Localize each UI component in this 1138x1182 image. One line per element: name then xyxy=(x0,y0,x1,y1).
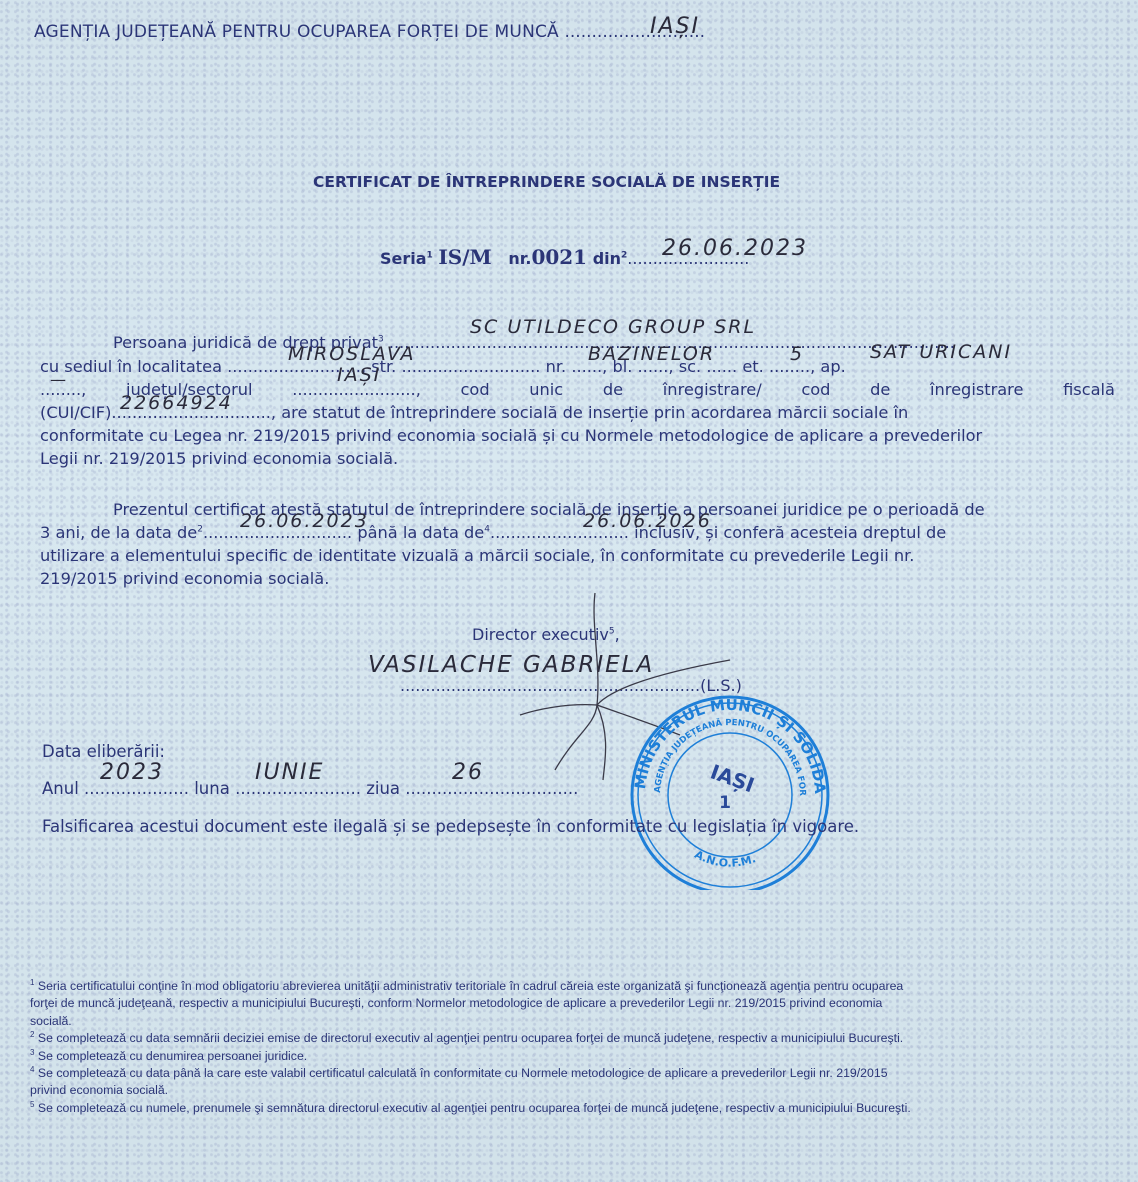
certificate-title: CERTIFICAT DE ÎNTREPRINDERE SOCIALĂ DE I… xyxy=(313,173,780,191)
street-value: BAZINELOR xyxy=(588,343,715,365)
footnote-text: Se completează cu data semnării deciziei… xyxy=(38,1031,903,1045)
agency-name: AGENȚIA JUDEȚEANĂ PENTRU OCUPAREA FORȚEI… xyxy=(34,22,559,42)
para2-line2: 3 ani, de la data de2...................… xyxy=(40,523,946,542)
start-date-label: 3 ani, de la data de xyxy=(40,523,197,542)
street-dots: ........................... xyxy=(401,357,540,376)
footnote-1-line: 1 Seria certificatului conţine în mod ob… xyxy=(30,979,903,993)
footnote-text: Se completează cu numele, prenumele şi s… xyxy=(38,1101,911,1115)
series-footnote-ref: 1 xyxy=(427,251,433,261)
issue-day-value: 26 xyxy=(452,760,484,785)
issue-date-value: 26.06.2023 xyxy=(662,236,808,261)
end-date-label: până la data de xyxy=(357,523,484,542)
footnote-text: socială. xyxy=(30,1014,72,1028)
apartment-dash-value: — xyxy=(50,370,68,389)
number-field-label: nr. xyxy=(546,357,567,376)
footnote-text: Se completează cu data până la care este… xyxy=(38,1066,888,1080)
cui-value: 22664924 xyxy=(120,392,233,414)
para1-line6: Legii nr. 219/2015 privind economia soci… xyxy=(40,449,398,468)
svg-text:A.N.O.F.M.: A.N.O.F.M. xyxy=(692,848,757,870)
para1-line5: conformitate cu Legea nr. 219/2015 privi… xyxy=(40,426,982,445)
issue-year-value: 2023 xyxy=(100,760,164,785)
footnote-1-line: forţei de muncă judeţeană, respectiv a m… xyxy=(30,996,882,1010)
official-stamp: MINISTERUL MUNCII ȘI SOLIDARITĂȚII SOCIA… xyxy=(615,690,845,890)
footnote-number: 5 xyxy=(30,1100,34,1109)
number-label: nr. xyxy=(508,249,531,268)
series-label: Seria xyxy=(380,249,427,268)
footnote-2-line: 2 Se completează cu data semnării decizi… xyxy=(30,1031,903,1045)
agency-header: AGENȚIA JUDEȚEANĂ PENTRU OCUPAREA FORȚEI… xyxy=(34,22,705,42)
footnote-text: Seria certificatului conţine în mod obli… xyxy=(38,979,903,993)
footnote-1-line: socială. xyxy=(30,1014,72,1028)
year-label: Anul xyxy=(42,779,79,798)
cui-label-text: cod unic de înregistrare/ cod de înregis… xyxy=(461,380,1115,399)
footnote-5-line: 5 Se completează cu numele, prenumele şi… xyxy=(30,1101,911,1115)
certificate-page: AGENȚIA JUDEȚEANĂ PENTRU OCUPAREA FORȚEI… xyxy=(0,0,1138,1182)
footnote-number: 2 xyxy=(30,1030,34,1039)
locality-value: MIROSLAVA xyxy=(288,343,416,365)
date-label: din xyxy=(593,249,621,268)
village-value: SAT URICANI xyxy=(870,341,1012,363)
stamp-bottom-text: A.N.O.F.M. xyxy=(692,848,757,870)
para2-line3: utilizare a elementului specific de iden… xyxy=(40,546,914,565)
footnote-text: Se completează cu denumirea persoanei ju… xyxy=(38,1049,307,1063)
footnote-text: forţei de muncă judeţeană, respectiv a m… xyxy=(30,996,882,1010)
agency-county-value: IAȘI xyxy=(650,14,700,39)
stamp-number: 1 xyxy=(719,793,731,813)
para2-line4: 219/2015 privind economia socială. xyxy=(40,569,329,588)
footnote-number: 4 xyxy=(30,1065,34,1074)
forgery-warning: Falsificarea acestui document este ilega… xyxy=(42,816,859,839)
day-label: ziua xyxy=(366,779,400,798)
street-number-value: 5 xyxy=(790,343,804,365)
cui-label: (CUI/CIF) xyxy=(40,403,111,422)
footnote-3-line: 3 Se completează cu denumirea persoanei … xyxy=(30,1049,307,1063)
county-value: IAȘI xyxy=(337,364,381,386)
footnote-4-line: privind economia socială. xyxy=(30,1083,168,1097)
footnote-number: 1 xyxy=(30,978,34,987)
company-name-value: SC UTILDECO GROUP SRL xyxy=(470,316,756,338)
number-value: 0021 xyxy=(531,245,587,269)
month-label: luna xyxy=(194,779,230,798)
footnote-text: privind economia socială. xyxy=(30,1083,168,1097)
end-date-value: 26.06.2026 xyxy=(583,510,712,532)
footnote-number: 3 xyxy=(30,1048,34,1057)
series-value: IS/M xyxy=(438,245,491,269)
day-dots: ................................. xyxy=(405,779,578,798)
issue-month-value: IUNIE xyxy=(255,760,324,785)
footnote-4-line: 4 Se completează cu data până la care es… xyxy=(30,1066,888,1080)
para1-line4-text: are statut de întreprindere socială de i… xyxy=(281,403,908,422)
para1-line2: cu sediul în localitatea ...............… xyxy=(40,357,846,376)
start-date-value: 26.06.2023 xyxy=(240,510,369,532)
stamp-city: IAȘI xyxy=(707,759,757,797)
